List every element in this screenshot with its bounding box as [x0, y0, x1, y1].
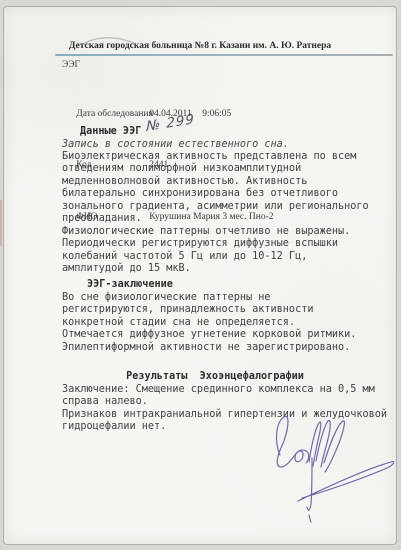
title-underline: [55, 54, 393, 56]
section-heading-eeg-data: Данные ЭЭГ: [80, 126, 141, 138]
meta-label: Дата обследования: [76, 109, 149, 119]
section-heading-echo: Результаты Эхоэнцефалографии: [30, 371, 400, 383]
scan-edge-artifact: [0, 200, 2, 246]
hospital-title: Детская городская больница №8 г. Казани …: [50, 41, 350, 51]
eeg-conclusion-body: Во сне физиологические паттерны не регис…: [62, 292, 398, 354]
doc-type-label: ЭЭГ: [62, 60, 80, 70]
meta-extra: 9:06:05: [202, 109, 231, 119]
eeg-data-body: Биоэлектрическая активность представлена…: [62, 151, 398, 276]
scanned-document: Детская городская больница №8 г. Казани …: [0, 0, 401, 550]
signature: [250, 398, 401, 533]
eeg-data-intro: Запись в состоянии естественного сна.: [62, 139, 289, 151]
section-heading-eeg-conclusion: ЭЭГ-заключение: [87, 279, 173, 291]
